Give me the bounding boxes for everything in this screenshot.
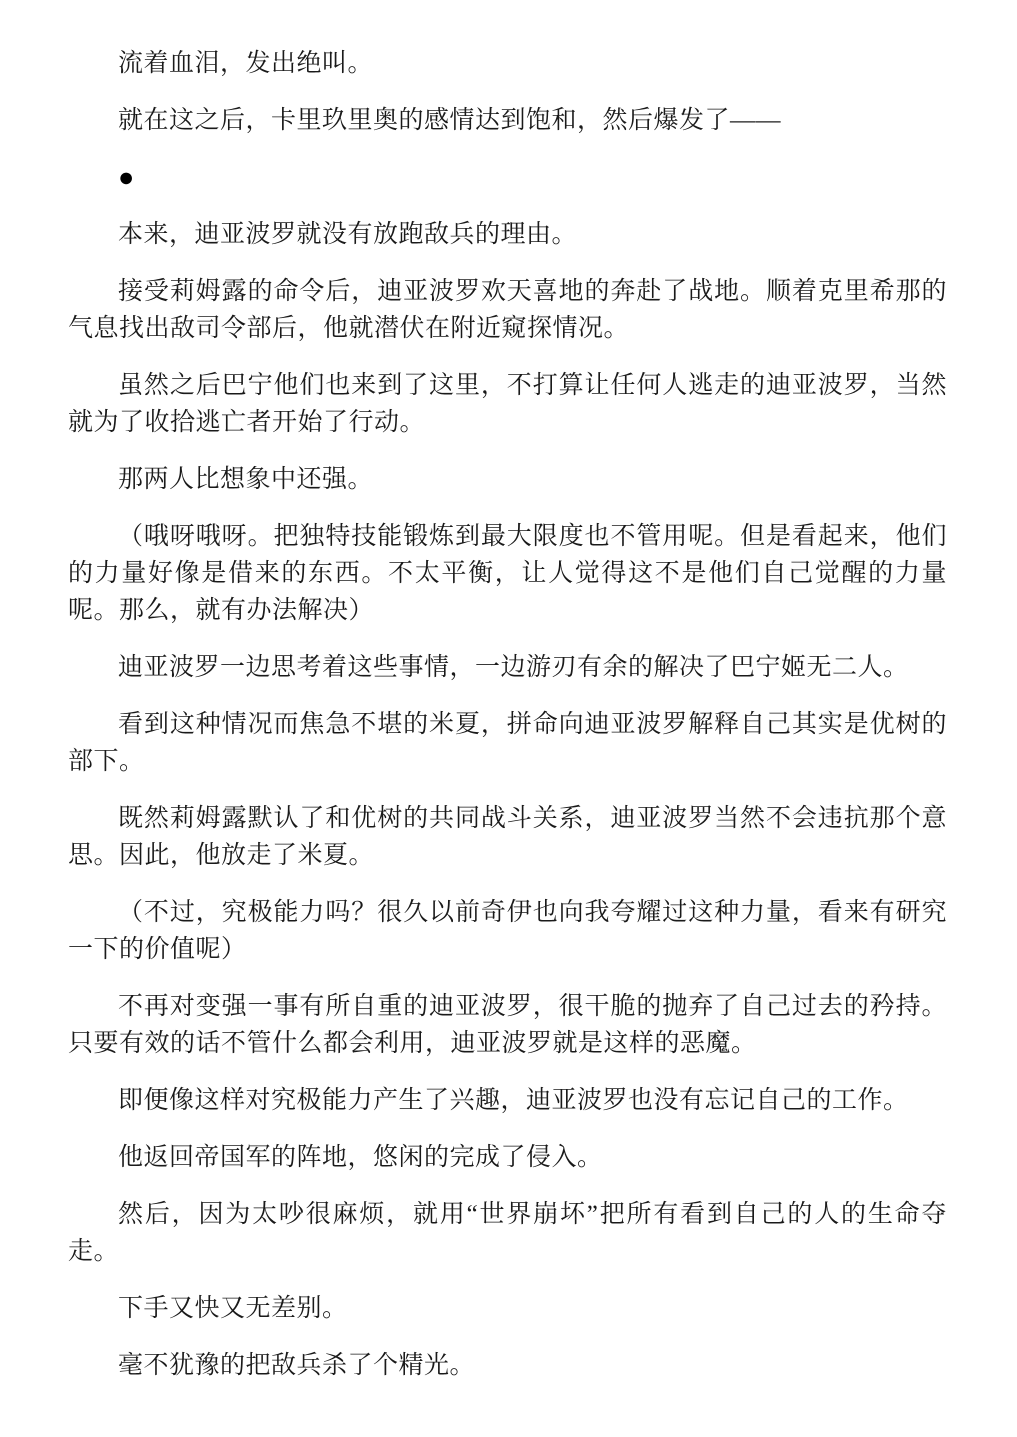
paragraph: 既然莉姆露默认了和优树的共同战斗关系，迪亚波罗当然不会违抗那个意思。因此，他放走… (68, 800, 947, 874)
paragraph: 流着血泪，发出绝叫。 (68, 45, 947, 82)
document-page: 流着血泪，发出绝叫。 就在这之后，卡里玖里奥的感情达到饱和，然后爆发了—— ● … (0, 0, 1017, 1437)
paragraph: 就在这之后，卡里玖里奥的感情达到饱和，然后爆发了—— (68, 102, 947, 139)
paragraph: 即便像这样对究极能力产生了兴趣，迪亚波罗也没有忘记自己的工作。 (68, 1082, 947, 1119)
paragraph: （哦呀哦呀。把独特技能锻炼到最大限度也不管用呢。但是看起来，他们的力量好像是借来… (68, 518, 947, 629)
paragraph: 虽然之后巴宁他们也来到了这里，不打算让任何人逃走的迪亚波罗，当然就为了收拾逃亡者… (68, 367, 947, 441)
paragraph: 下手又快又无差别。 (68, 1290, 947, 1327)
paragraph: 本来，迪亚波罗就没有放跑敌兵的理由。 (68, 216, 947, 253)
paragraph: 迪亚波罗一边思考着这些事情，一边游刃有余的解决了巴宁姬无二人。 (68, 649, 947, 686)
section-break-marker: ● (68, 159, 947, 196)
paragraph: （不过，究极能力吗？很久以前奇伊也向我夸耀过这种力量，看来有研究一下的价值呢） (68, 894, 947, 968)
paragraph: 然后，因为太吵很麻烦，就用“世界崩坏”把所有看到自己的人的生命夺走。 (68, 1196, 947, 1270)
paragraph: 不再对变强一事有所自重的迪亚波罗，很干脆的抛弃了自己过去的矜持。只要有效的话不管… (68, 988, 947, 1062)
paragraph: 那两人比想象中还强。 (68, 461, 947, 498)
paragraph: 他返回帝国军的阵地，悠闲的完成了侵入。 (68, 1139, 947, 1176)
paragraph: 接受莉姆露的命令后，迪亚波罗欢天喜地的奔赴了战地。顺着克里希那的气息找出敌司令部… (68, 273, 947, 347)
paragraph: 看到这种情况而焦急不堪的米夏，拼命向迪亚波罗解释自己其实是优树的部下。 (68, 706, 947, 780)
paragraph: 毫不犹豫的把敌兵杀了个精光。 (68, 1347, 947, 1384)
